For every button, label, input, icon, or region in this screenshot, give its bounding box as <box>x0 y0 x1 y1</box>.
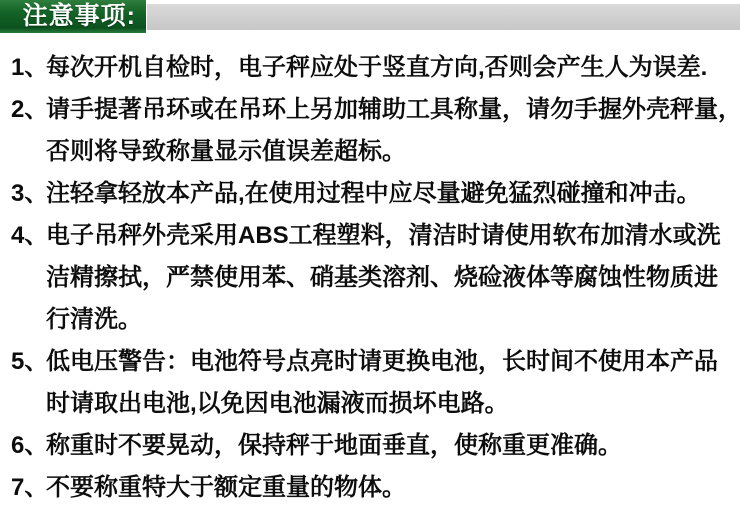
list-item: 6、 称重时不要晃动，保持秤于地面垂直，使称重更准确。 <box>0 425 740 467</box>
item-number: 5、 <box>11 341 48 383</box>
precautions-page: 注意事项: 1、 每次开机自检时，电子秤应处于竖直方向,否则会产生人为误差. 2… <box>0 0 740 511</box>
item-text-line: 低电压警告：电池符号点亮时请更换电池，长时间不使用本产品 <box>46 341 740 383</box>
item-text-line: 注轻拿轻放本产品,在使用过程中应尽量避免猛烈碰撞和冲击。 <box>46 173 740 215</box>
item-text-line: 每次开机自检时，电子秤应处于竖直方向,否则会产生人为误差. <box>46 47 740 89</box>
list-item: 1、 每次开机自检时，电子秤应处于竖直方向,否则会产生人为误差. <box>0 47 740 89</box>
item-text-line: 请手提著吊环或在吊环上另加辅助工具称量，请勿手握外壳秤量， <box>46 89 740 131</box>
item-text-line: 否则将导致称量显示值误差超标。 <box>46 131 740 173</box>
item-number: 1、 <box>11 47 48 89</box>
header-gray-bar <box>147 4 740 30</box>
list-item: 3、 注轻拿轻放本产品,在使用过程中应尽量避免猛烈碰撞和冲击。 <box>0 173 740 215</box>
item-text-line: 行清洗。 <box>46 299 740 341</box>
item-text-line: 时请取出电池,以免因电池漏液而损坏电路。 <box>46 383 740 425</box>
list-item: 2、 请手提著吊环或在吊环上另加辅助工具称量，请勿手握外壳秤量， 否则将导致称量… <box>0 89 740 173</box>
item-text-line: 洁精擦拭，严禁使用苯、硝基类溶剂、烧硷液体等腐蚀性物质进 <box>46 257 740 299</box>
item-text-line: 电子吊秤外壳采用ABS工程塑料，清洁时请使用软布加清水或洗 <box>46 215 740 257</box>
item-number: 2、 <box>11 89 48 131</box>
list-item: 4、 电子吊秤外壳采用ABS工程塑料，清洁时请使用软布加清水或洗 洁精擦拭，严禁… <box>0 215 740 341</box>
precaution-list: 1、 每次开机自检时，电子秤应处于竖直方向,否则会产生人为误差. 2、 请手提著… <box>0 47 740 509</box>
page-title: 注意事项: <box>23 4 136 29</box>
item-text-line: 不要称重特大于额定重量的物体。 <box>46 467 740 509</box>
item-number: 6、 <box>11 425 48 467</box>
header: 注意事项: <box>0 0 740 34</box>
title-box: 注意事项: <box>0 0 146 33</box>
list-item: 7、 不要称重特大于额定重量的物体。 <box>0 467 740 509</box>
item-number: 3、 <box>11 173 48 215</box>
list-item: 5、 低电压警告：电池符号点亮时请更换电池，长时间不使用本产品 时请取出电池,以… <box>0 341 740 425</box>
item-text-line: 称重时不要晃动，保持秤于地面垂直，使称重更准确。 <box>46 425 740 467</box>
item-number: 7、 <box>11 467 48 509</box>
item-number: 4、 <box>11 215 48 257</box>
